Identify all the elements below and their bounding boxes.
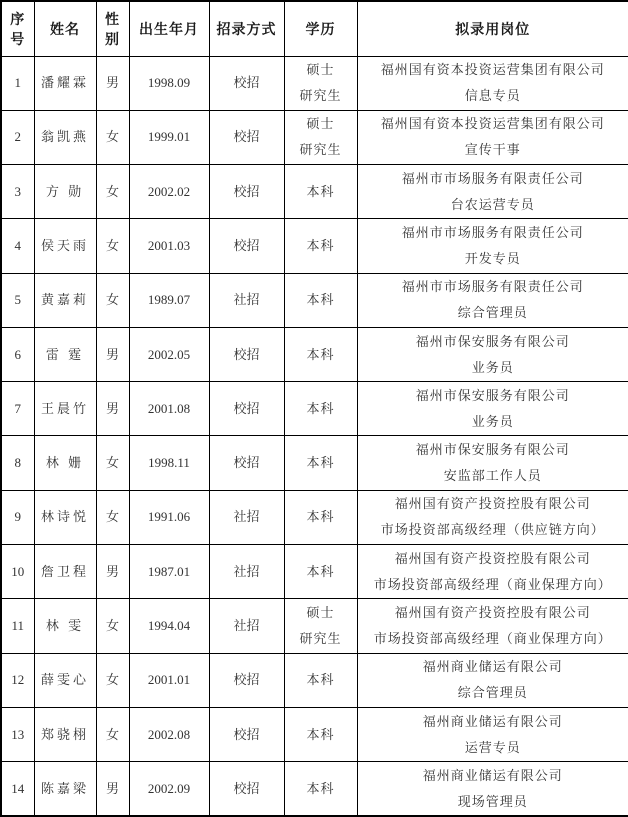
cell-gender: 女 [96,490,129,544]
cell-education: 本科 [284,545,357,599]
cell-position: 福州市保安服务有限公司 业务员 [357,382,628,436]
cell-birth-date: 1998.09 [129,56,209,110]
cell-gender: 男 [96,762,129,816]
cell-position: 福州国有资本投资运营集团有限公司 信息专员 [357,56,628,110]
cell-education: 本科 [284,436,357,490]
cell-birth-date: 1989.07 [129,273,209,327]
column-header-birth-date: 出生年月 [129,1,209,56]
cell-recruit-method: 校招 [209,165,284,219]
cell-education: 本科 [284,653,357,707]
cell-serial: 14 [1,762,34,816]
cell-name: 侯天雨 [34,219,96,273]
cell-gender: 女 [96,219,129,273]
cell-serial: 9 [1,490,34,544]
cell-gender: 女 [96,653,129,707]
cell-position: 福州国有资产投资控股有限公司 市场投资部高级经理（供应链方向） [357,490,628,544]
cell-birth-date: 1998.11 [129,436,209,490]
cell-recruit-method: 校招 [209,110,284,164]
cell-serial: 13 [1,707,34,761]
cell-gender: 女 [96,165,129,219]
cell-education: 本科 [284,273,357,327]
cell-birth-date: 1987.01 [129,545,209,599]
cell-position: 福州国有资产投资控股有限公司 市场投资部高级经理（商业保理方向） [357,545,628,599]
cell-recruit-method: 社招 [209,545,284,599]
cell-recruit-method: 校招 [209,56,284,110]
column-header-position: 拟录用岗位 [357,1,628,56]
table-header: 序号 姓名 性别 出生年月 招录方式 学历 拟录用岗位 [1,1,628,56]
cell-birth-date: 1999.01 [129,110,209,164]
cell-name: 郑骁栩 [34,707,96,761]
cell-recruit-method: 校招 [209,436,284,490]
cell-serial: 4 [1,219,34,273]
table-row: 3 方 勋 女 2002.02 校招 本科 福州市市场服务有限责任公司 台农运营… [1,165,628,219]
cell-position: 福州市市场服务有限责任公司 开发专员 [357,219,628,273]
cell-education: 本科 [284,382,357,436]
cell-recruit-method: 社招 [209,273,284,327]
cell-name: 薛雯心 [34,653,96,707]
table-row: 1 潘耀霖 男 1998.09 校招 硕士 研究生 福州国有资本投资运营集团有限… [1,56,628,110]
column-header-education: 学历 [284,1,357,56]
cell-position: 福州市保安服务有限公司 业务员 [357,327,628,381]
cell-serial: 12 [1,653,34,707]
table-body: 1 潘耀霖 男 1998.09 校招 硕士 研究生 福州国有资本投资运营集团有限… [1,56,628,816]
cell-education: 硕士 研究生 [284,110,357,164]
cell-name: 黄嘉莉 [34,273,96,327]
cell-serial: 6 [1,327,34,381]
table-row: 4 侯天雨 女 2001.03 校招 本科 福州市市场服务有限责任公司 开发专员 [1,219,628,273]
cell-birth-date: 2002.09 [129,762,209,816]
column-header-serial: 序号 [1,1,34,56]
header-row: 序号 姓名 性别 出生年月 招录方式 学历 拟录用岗位 [1,1,628,56]
cell-education: 本科 [284,490,357,544]
cell-education: 本科 [284,707,357,761]
cell-birth-date: 2001.08 [129,382,209,436]
table-row: 7 王晨竹 男 2001.08 校招 本科 福州市保安服务有限公司 业务员 [1,382,628,436]
cell-name: 陈嘉梁 [34,762,96,816]
cell-education: 本科 [284,219,357,273]
recruitment-roster-table: 序号 姓名 性别 出生年月 招录方式 学历 拟录用岗位 1 潘耀霖 男 1998… [0,0,628,817]
cell-birth-date: 1991.06 [129,490,209,544]
cell-gender: 男 [96,327,129,381]
cell-education: 本科 [284,327,357,381]
cell-birth-date: 1994.04 [129,599,209,653]
cell-serial: 2 [1,110,34,164]
cell-name: 雷 霆 [34,327,96,381]
cell-recruit-method: 校招 [209,382,284,436]
cell-serial: 7 [1,382,34,436]
table-row: 14 陈嘉梁 男 2002.09 校招 本科 福州商业储运有限公司 现场管理员 [1,762,628,816]
cell-position: 福州商业储运有限公司 现场管理员 [357,762,628,816]
cell-birth-date: 2001.01 [129,653,209,707]
cell-name: 翁凯燕 [34,110,96,164]
cell-position: 福州商业储运有限公司 综合管理员 [357,653,628,707]
cell-name: 林 雯 [34,599,96,653]
cell-birth-date: 2002.02 [129,165,209,219]
table-row: 2 翁凯燕 女 1999.01 校招 硕士 研究生 福州国有资本投资运营集团有限… [1,110,628,164]
cell-education: 本科 [284,165,357,219]
cell-serial: 5 [1,273,34,327]
cell-position: 福州市市场服务有限责任公司 综合管理员 [357,273,628,327]
cell-birth-date: 2002.08 [129,707,209,761]
cell-recruit-method: 校招 [209,653,284,707]
column-header-recruit-method: 招录方式 [209,1,284,56]
column-header-gender: 性别 [96,1,129,56]
cell-gender: 女 [96,707,129,761]
cell-gender: 女 [96,436,129,490]
cell-education: 硕士 研究生 [284,56,357,110]
column-header-name: 姓名 [34,1,96,56]
cell-position: 福州国有资产投资控股有限公司 市场投资部高级经理（商业保理方向） [357,599,628,653]
table-row: 9 林诗悦 女 1991.06 社招 本科 福州国有资产投资控股有限公司 市场投… [1,490,628,544]
cell-serial: 3 [1,165,34,219]
cell-gender: 女 [96,110,129,164]
cell-name: 王晨竹 [34,382,96,436]
table-row: 8 林 姗 女 1998.11 校招 本科 福州市保安服务有限公司 安监部工作人… [1,436,628,490]
cell-recruit-method: 校招 [209,707,284,761]
cell-position: 福州国有资本投资运营集团有限公司 宣传干事 [357,110,628,164]
table-row: 11 林 雯 女 1994.04 社招 硕士 研究生 福州国有资产投资控股有限公… [1,599,628,653]
table-row: 12 薛雯心 女 2001.01 校招 本科 福州商业储运有限公司 综合管理员 [1,653,628,707]
cell-serial: 1 [1,56,34,110]
cell-position: 福州商业储运有限公司 运营专员 [357,707,628,761]
cell-recruit-method: 校招 [209,762,284,816]
cell-name: 詹卫程 [34,545,96,599]
cell-position: 福州市市场服务有限责任公司 台农运营专员 [357,165,628,219]
cell-name: 林 姗 [34,436,96,490]
cell-recruit-method: 社招 [209,599,284,653]
cell-recruit-method: 校招 [209,219,284,273]
table-row: 5 黄嘉莉 女 1989.07 社招 本科 福州市市场服务有限责任公司 综合管理… [1,273,628,327]
cell-name: 方 勋 [34,165,96,219]
cell-recruit-method: 校招 [209,327,284,381]
cell-serial: 10 [1,545,34,599]
table-row: 13 郑骁栩 女 2002.08 校招 本科 福州商业储运有限公司 运营专员 [1,707,628,761]
cell-gender: 女 [96,599,129,653]
table-row: 6 雷 霆 男 2002.05 校招 本科 福州市保安服务有限公司 业务员 [1,327,628,381]
cell-recruit-method: 社招 [209,490,284,544]
cell-serial: 8 [1,436,34,490]
cell-birth-date: 2001.03 [129,219,209,273]
cell-name: 潘耀霖 [34,56,96,110]
cell-gender: 男 [96,56,129,110]
cell-gender: 女 [96,273,129,327]
cell-serial: 11 [1,599,34,653]
cell-position: 福州市保安服务有限公司 安监部工作人员 [357,436,628,490]
cell-education: 硕士 研究生 [284,599,357,653]
cell-name: 林诗悦 [34,490,96,544]
cell-gender: 男 [96,545,129,599]
cell-gender: 男 [96,382,129,436]
table-row: 10 詹卫程 男 1987.01 社招 本科 福州国有资产投资控股有限公司 市场… [1,545,628,599]
cell-education: 本科 [284,762,357,816]
cell-birth-date: 2002.05 [129,327,209,381]
